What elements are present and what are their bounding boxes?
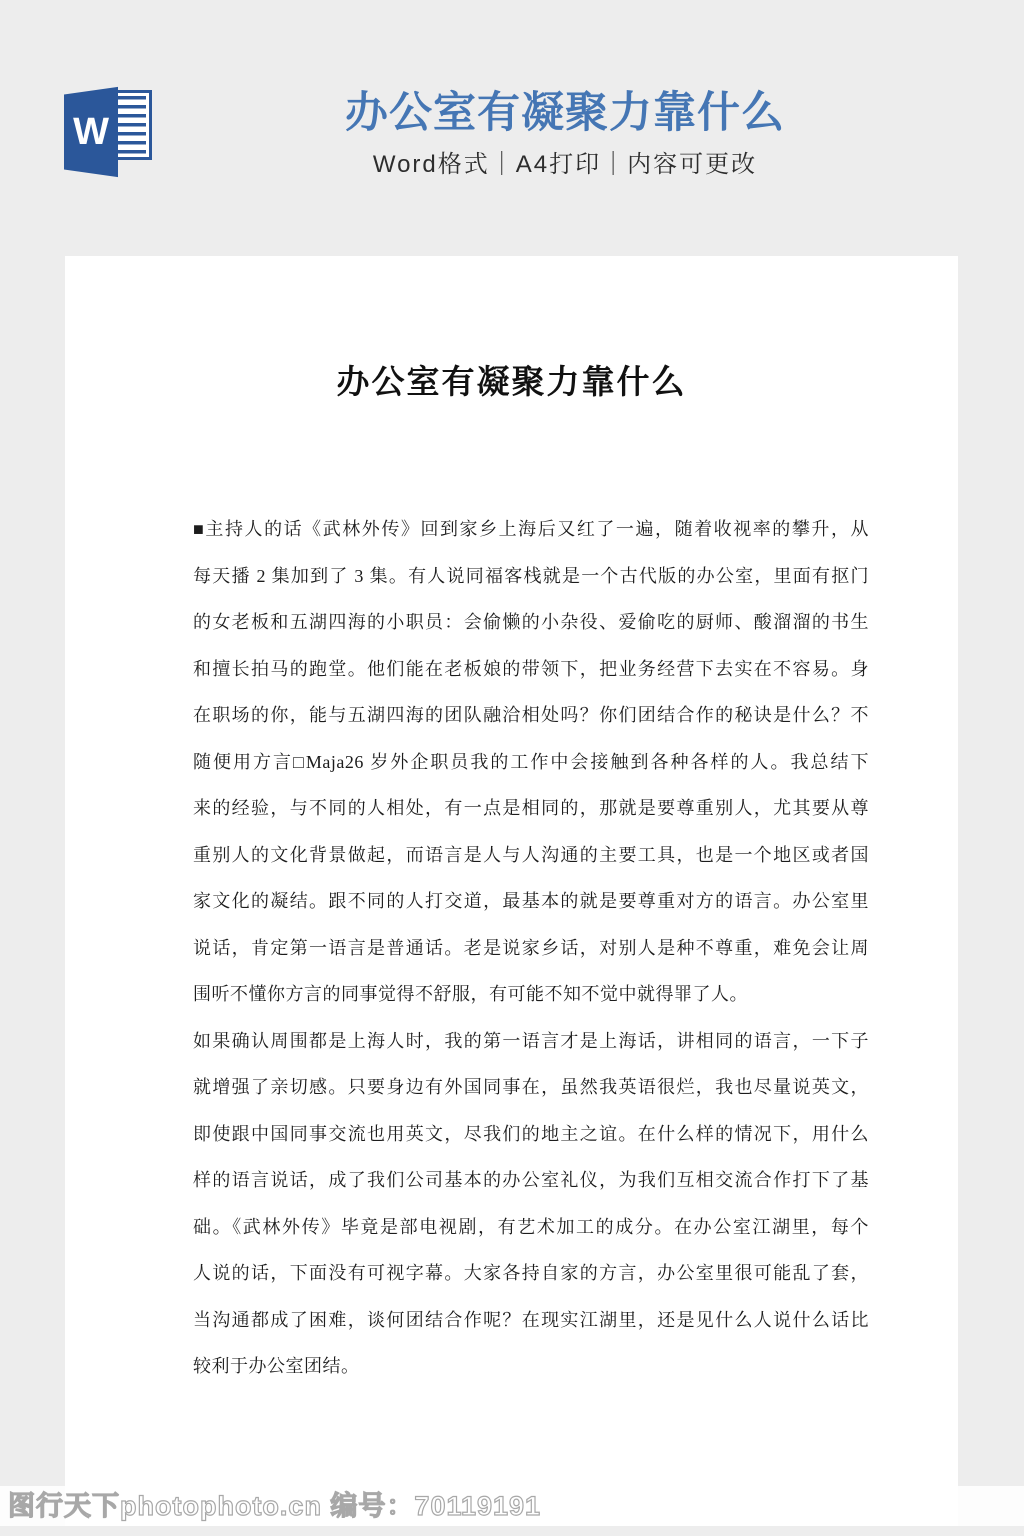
- text-line: 家文化的凝结。跟不同的人打交道，最基本的就是要尊重对方的语言。办公室里: [193, 878, 869, 925]
- paragraph: ■主持人的话《武林外传》回到家乡上海后又红了一遍，随着收视率的攀升，从每天播 2…: [193, 506, 869, 1018]
- text-line: 每天播 2 集加到了 3 集。有人说同福客栈就是一个古代版的办公室，里面有抠门: [193, 553, 869, 600]
- watermark-bar: 图行天下photophoto.cn 编号：70119191: [0, 1486, 1024, 1526]
- text-line: 说话，肯定第一语言是普通话。老是说家乡话，对别人是种不尊重，难免会让周: [193, 925, 869, 972]
- document-title: 办公室有凝聚力靠什么: [65, 362, 958, 404]
- text-line: 重别人的文化背景做起，而语言是人与人沟通的主要工具，也是一个地区或者国: [193, 832, 869, 879]
- header-title: 办公室有凝聚力靠什么: [150, 88, 980, 138]
- word-file-icon: W: [64, 84, 156, 180]
- text-line: 和擅长拍马的跑堂。他们能在老板娘的带领下，把业务经营下去实在不容易。身: [193, 646, 869, 693]
- text-line: 随便用方言□Maja26 岁外企职员我的工作中会接触到各种各样的人。我总结下: [193, 739, 869, 786]
- word-icon-letter: W: [73, 113, 109, 151]
- word-icon-cover: W: [64, 84, 118, 180]
- text-line: 较利于办公室团结。: [193, 1343, 869, 1390]
- text-line: 的女老板和五湖四海的小职员：会偷懒的小杂役、爱偷吃的厨师、酸溜溜的书生: [193, 599, 869, 646]
- text-line: 围听不懂你方言的同事觉得不舒服，有可能不知不觉中就得罪了人。: [193, 971, 869, 1018]
- watermark-text: 图行天下photophoto.cn 编号：70119191: [0, 1486, 1024, 1526]
- header-banner: W 办公室有凝聚力靠什么 Word格式｜A4打印｜内容可更改: [0, 0, 1024, 230]
- text-line: 样的语言说话，成了我们公司基本的办公室礼仪，为我们互相交流合作打下了基: [193, 1157, 869, 1204]
- text-line: 在职场的你，能与五湖四海的团队融洽相处吗？你们团结合作的秘诀是什么？不: [193, 692, 869, 739]
- text-line: ■主持人的话《武林外传》回到家乡上海后又红了一遍，随着收视率的攀升，从: [193, 506, 869, 553]
- text-line: 就增强了亲切感。只要身边有外国同事在，虽然我英语很烂，我也尽量说英文，: [193, 1064, 869, 1111]
- header-subtitle: Word格式｜A4打印｜内容可更改: [150, 151, 980, 179]
- header-text-block: 办公室有凝聚力靠什么 Word格式｜A4打印｜内容可更改: [150, 88, 980, 179]
- text-line: 人说的话，下面没有可视字幕。大家各持自家的方言，办公室里很可能乱了套，: [193, 1250, 869, 1297]
- document-page: 办公室有凝聚力靠什么 ■主持人的话《武林外传》回到家乡上海后又红了一遍，随着收视…: [65, 256, 958, 1526]
- text-line: 当沟通都成了困难，谈何团结合作呢？在现实江湖里，还是见什么人说什么话比: [193, 1297, 869, 1344]
- paragraph: 如果确认周围都是上海人时，我的第一语言才是上海话，讲相同的语言，一下子就增强了亲…: [193, 1018, 869, 1390]
- text-line: 如果确认周围都是上海人时，我的第一语言才是上海话，讲相同的语言，一下子: [193, 1018, 869, 1065]
- text-line: 础。《武林外传》毕竟是部电视剧，有艺术加工的成分。在办公室江湖里，每个: [193, 1204, 869, 1251]
- document-body: ■主持人的话《武林外传》回到家乡上海后又红了一遍，随着收视率的攀升，从每天播 2…: [193, 506, 869, 1390]
- text-line: 来的经验，与不同的人相处，有一点是相同的，那就是要尊重别人，尤其要从尊: [193, 785, 869, 832]
- text-line: 即使跟中国同事交流也用英文，尽我们的地主之谊。在什么样的情况下，用什么: [193, 1111, 869, 1158]
